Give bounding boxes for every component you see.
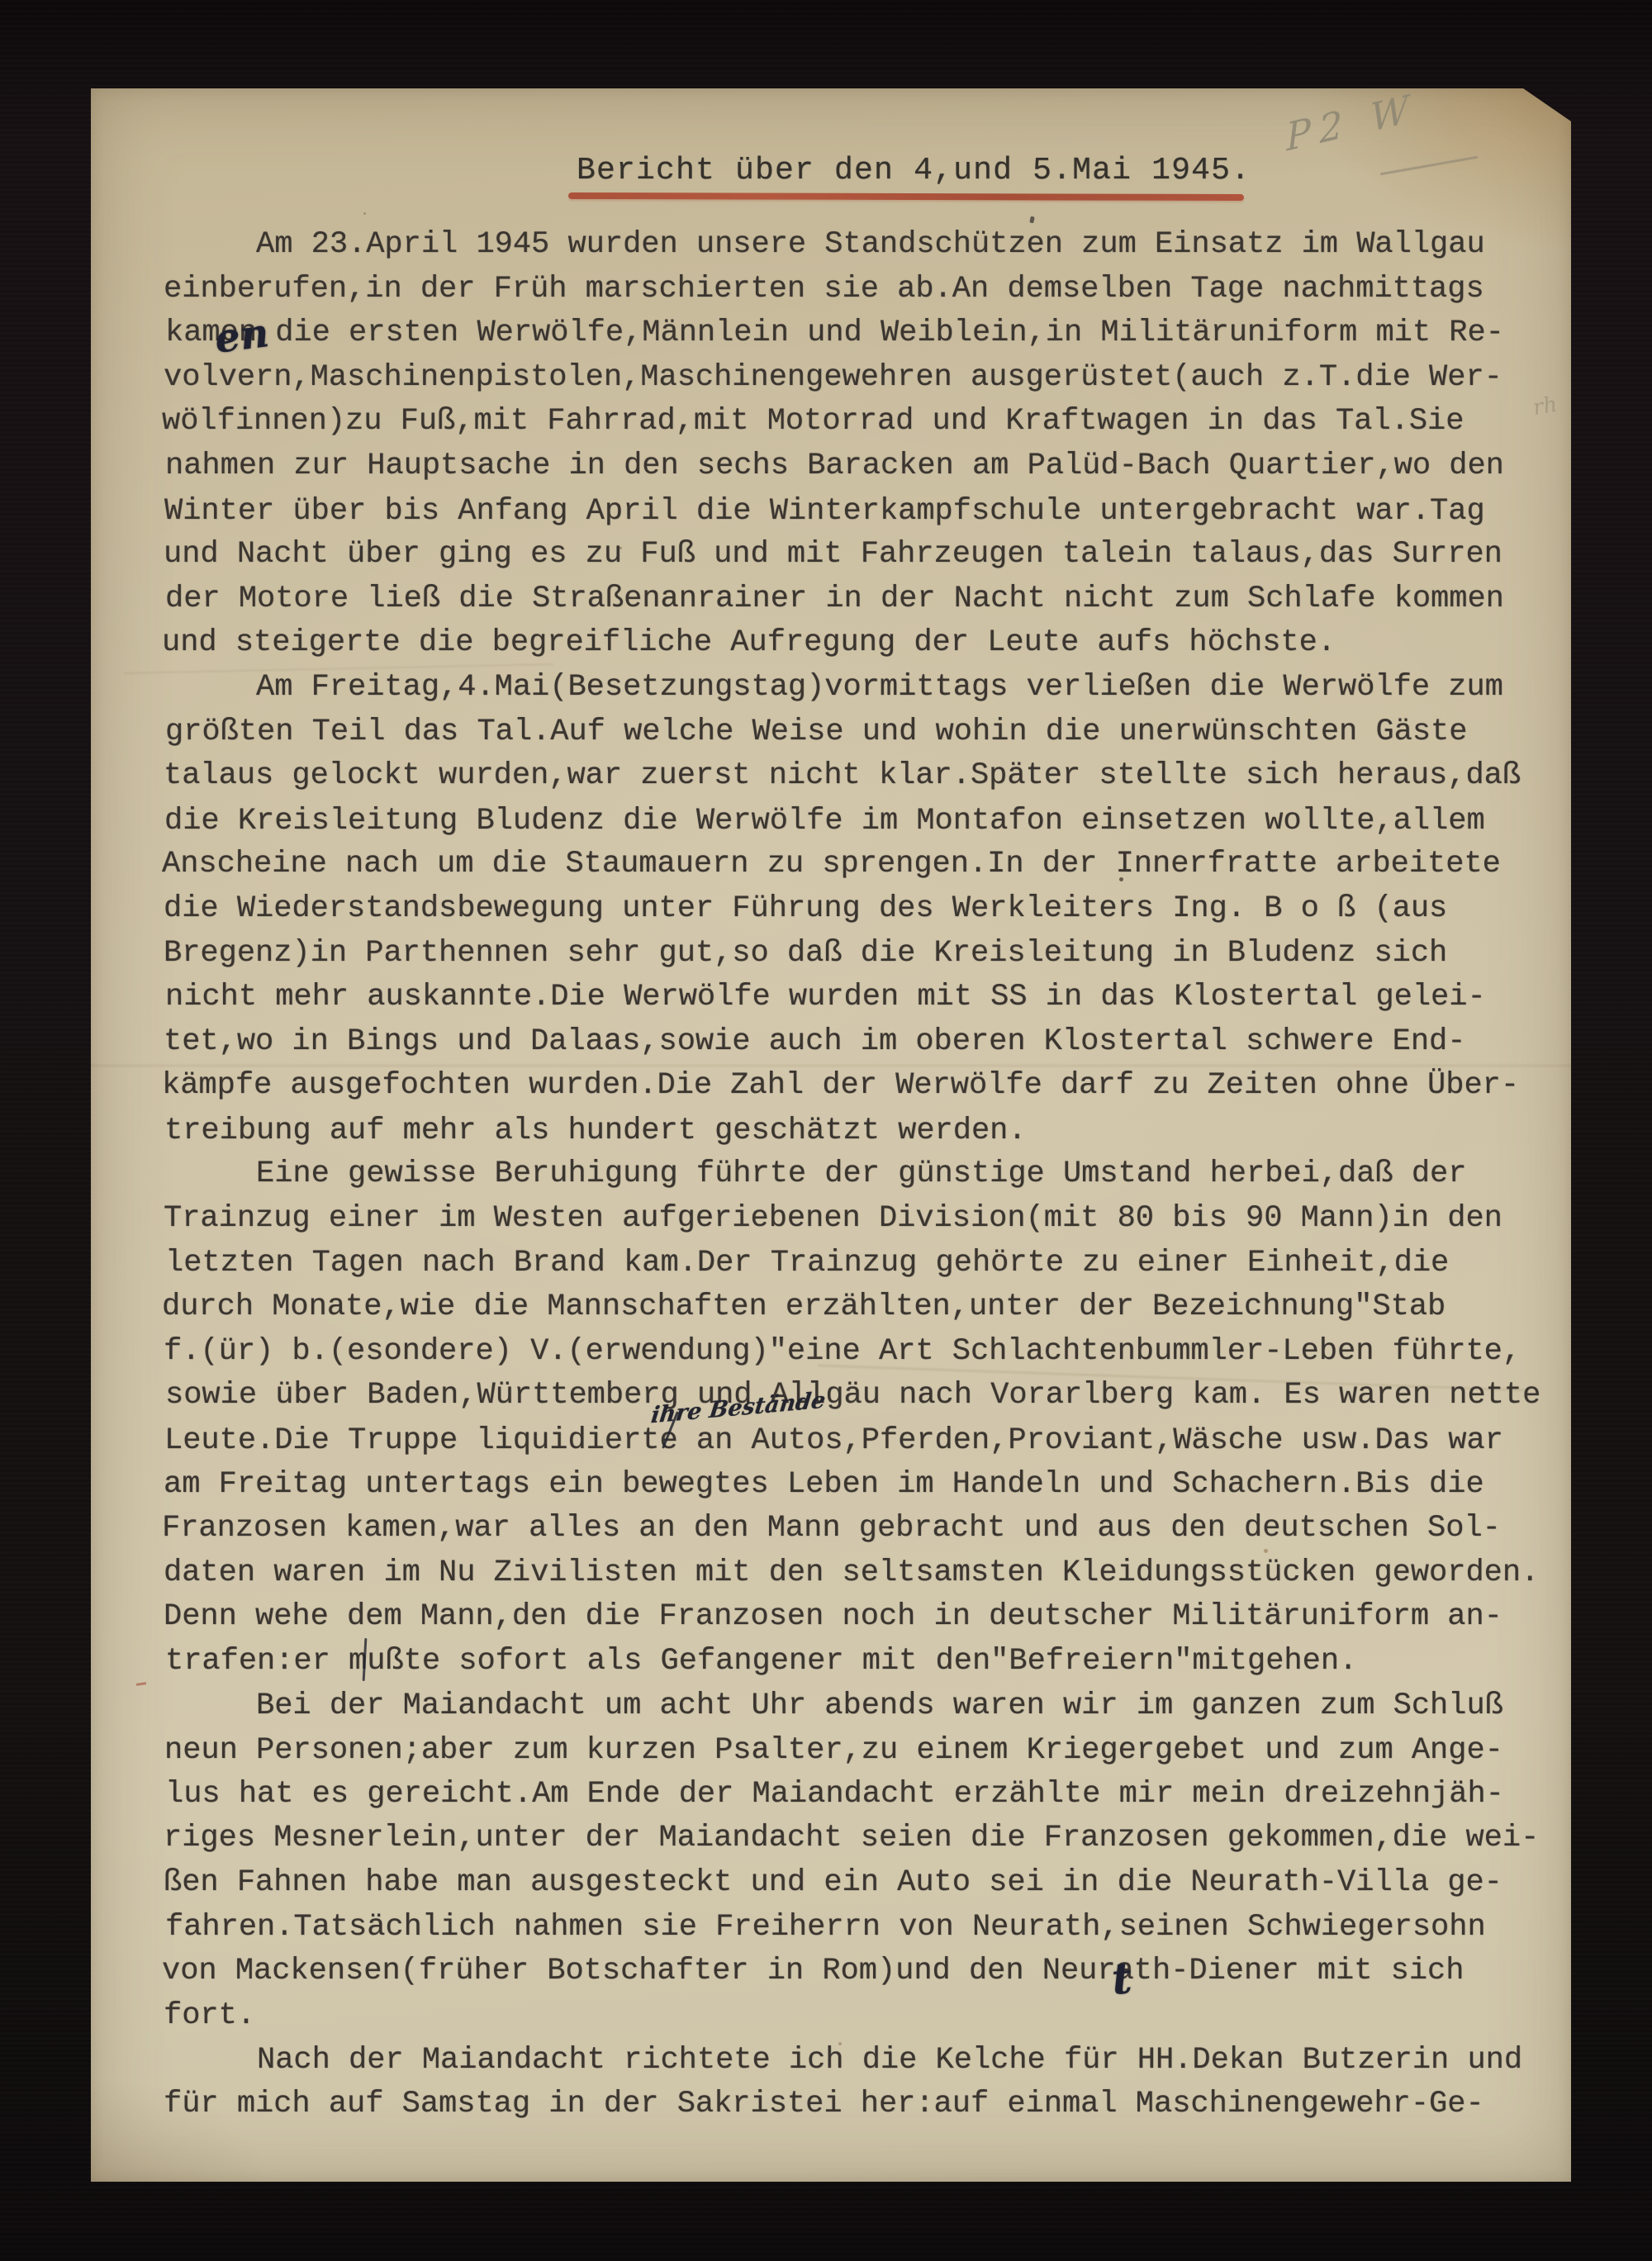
text-line: wölfinnen)zu Fuß,mit Fahrrad,mit Motorra…	[162, 400, 1566, 444]
text-line: nahmen zur Hauptsache in den sechs Barac…	[165, 444, 1569, 489]
text-line: und steigerte die begreifliche Aufregung…	[162, 621, 1566, 666]
text-line: letzten Tagen nach Brand kam.Der Trainzu…	[165, 1242, 1569, 1286]
text-line: Anscheine nach um die Staumauern zu spre…	[162, 843, 1566, 887]
text-line: größten Teil das Tal.Auf welche Weise un…	[165, 710, 1569, 755]
text-line: einberufen,in der Früh marschierten sie …	[164, 268, 1568, 312]
text-line: Denn wehe dem Mann,den die Franzosen noc…	[164, 1595, 1568, 1640]
text-line: Franzosen kamen,war alles an den Mann ge…	[162, 1507, 1566, 1551]
text-line: Eine gewisse Beruhigung führte der günst…	[164, 1152, 1568, 1197]
text-line: für mich auf Samstag in der Sakristei he…	[164, 2083, 1568, 2127]
text-line: Am Freitag,4.Mai(Besetzungstag)vormittag…	[164, 666, 1568, 710]
title-underline	[568, 192, 1244, 201]
text-line: Trainzug einer im Westen aufgeriebenen D…	[164, 1197, 1568, 1242]
red-pencil-dash	[136, 1682, 146, 1686]
text-line: Nach der Maiandacht richtete ich die Kel…	[164, 2039, 1569, 2083]
text-line: am Freitag untertags ein bewegtes Leben …	[164, 1463, 1568, 1508]
text-line: kamen die ersten Werwölfe,Männlein und W…	[165, 311, 1569, 356]
text-line: ßen Fahnen habe man ausgesteckt und ein …	[164, 1861, 1568, 1906]
text-line: fahren.Tatsächlich nahmen sie Freiherrn …	[165, 1906, 1569, 1950]
text-line: die Kreisleitung Bludenz die Werwölfe im…	[164, 800, 1569, 844]
text-line: f.(ür) b.(esondere) V.(erwendung)"eine A…	[164, 1330, 1568, 1375]
text-line: tet,wo in Bings und Dalaas,sowie auch im…	[164, 1020, 1568, 1065]
text-line: talaus gelockt wurden,war zuerst nicht k…	[164, 754, 1568, 799]
text-line: Bei der Maiandacht um acht Uhr abends wa…	[164, 1684, 1568, 1729]
ink-correction-en: en	[212, 310, 272, 363]
text-line: Winter über bis Anfang April die Winterk…	[164, 490, 1569, 534]
text-line: trafen:er mußte sofort als Gefangener mi…	[165, 1640, 1569, 1684]
text-line: riges Mesnerlein,unter der Maiandacht se…	[164, 1817, 1568, 1861]
text-line: Am 23.April 1945 wurden unsere Standschü…	[164, 223, 1568, 268]
text-line: Leute.Die Truppe liquidierte an Autos,Pf…	[164, 1419, 1569, 1464]
document-body: Am 23.April 1945 wurden unsere Standschü…	[164, 223, 1568, 2127]
text-line: Bregenz)in Parthennen sehr gut,so daß di…	[164, 932, 1568, 976]
paper-speck	[363, 212, 366, 215]
scan-background: P2 W Bericht über den 4,und 5.Mai 1945. …	[0, 0, 1652, 2261]
document-title: Bericht über den 4,und 5.Mai 1945.	[577, 153, 1251, 188]
pencil-annotation-underline	[1380, 156, 1479, 176]
text-line: sowie über Baden,Württemberg und Allgäu …	[165, 1374, 1569, 1418]
text-line: daten waren im Nu Zivilisten mit den sel…	[164, 1551, 1568, 1596]
text-line: durch Monate,wie die Mannschaften erzähl…	[162, 1285, 1566, 1330]
text-line: fort.	[164, 1994, 1568, 2039]
text-line: neun Personen;aber zum kurzen Psalter,zu…	[164, 1729, 1569, 1774]
margin-pencil-note: rh	[1531, 392, 1559, 421]
document-page: P2 W Bericht über den 4,und 5.Mai 1945. …	[91, 88, 1571, 2182]
text-line: kämpfe ausgefochten wurden.Die Zahl der …	[162, 1064, 1566, 1109]
text-line: von Mackensen(früher Botschafter in Rom)…	[162, 1950, 1566, 1994]
text-line: der Motore ließ die Straßenanrainer in d…	[165, 577, 1569, 622]
text-line: nicht mehr auskannte.Die Werwölfe wurden…	[165, 976, 1569, 1020]
text-line: lus hat es gereicht.Am Ende der Maiandac…	[165, 1773, 1569, 1817]
text-line: und Nacht über ging es zu Fuß und mit Fa…	[164, 533, 1568, 577]
text-line: die Wiederstandsbewegung unter Führung d…	[164, 887, 1568, 932]
text-line: volvern,Maschinenpistolen,Maschinengeweh…	[164, 356, 1568, 401]
pencil-annotation: P2 W	[1285, 84, 1418, 159]
text-line: treibung auf mehr als hundert geschätzt …	[164, 1109, 1569, 1154]
